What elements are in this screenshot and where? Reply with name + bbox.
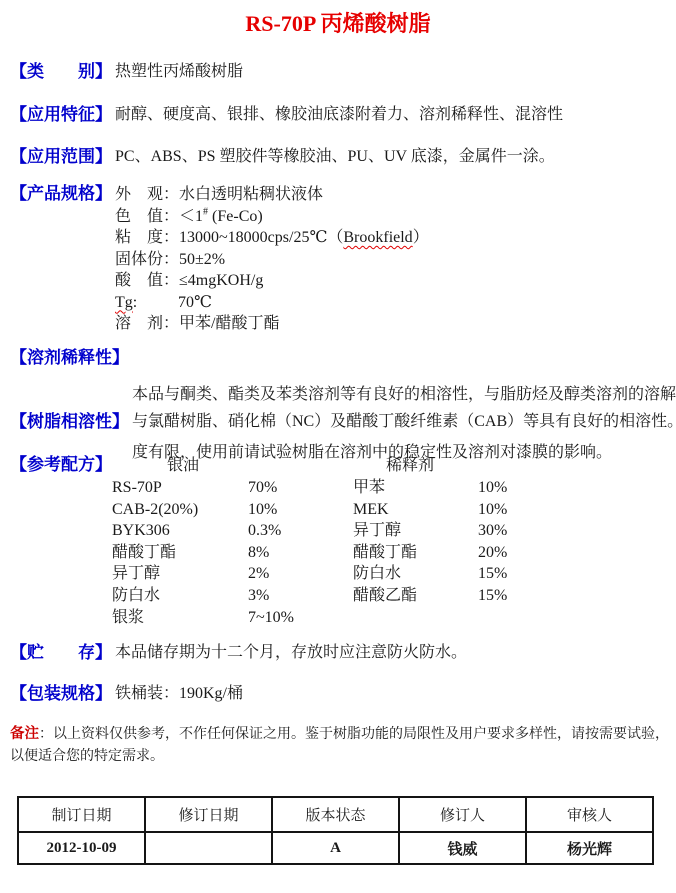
note-line: 以便适合您的特定需求。	[10, 746, 669, 768]
paragraph-line: 本品与酮类、酯类及苯类溶剂等有良好的相溶性，与脂肪烃及醇类溶剂的溶解	[132, 384, 676, 406]
ingredient-pct: 15%	[478, 585, 538, 607]
ingredient-name: MEK	[353, 499, 478, 521]
section-specs: 【产品规格】 外 观： 水白透明粘稠状液体 色 值： ＜1# (Fe-Co) 粘…	[10, 184, 429, 335]
spec-row-solvent: 溶 剂： 甲苯/醋酸丁酯	[115, 313, 429, 335]
revision-table: 制订日期 修订日期 版本状态 修订人 审核人 2012-10-09 A 钱威 杨…	[17, 796, 654, 865]
ingredient-name: 防白水	[353, 563, 478, 585]
ingredient-name: CAB-2(20%)	[112, 499, 248, 521]
ingredient-name: 银浆	[112, 607, 248, 629]
ingredient-pct: 10%	[248, 499, 353, 521]
header-version-status: 版本状态	[272, 797, 399, 832]
section-text: 耐醇、硬度高、银排、橡胶油底漆附着力、溶剂稀释性、混溶性	[112, 105, 563, 125]
formula-row: CAB-2(20%) 10% MEK 10%	[112, 499, 538, 521]
cell-revise-date	[145, 832, 272, 864]
section-label: 【树脂相溶性】	[10, 412, 129, 432]
spec-row-tg: Tg: 70℃	[115, 292, 429, 314]
note-line: 备注：以上资料仅供参考，不作任何保证之用。鉴于树脂功能的局限性及用户要求多样性，…	[10, 723, 669, 746]
formula-row: 异丁醇 2% 防白水 15%	[112, 563, 538, 585]
spec-value: 70℃	[178, 292, 212, 314]
formula-left-header: 银油	[167, 456, 199, 476]
spec-row-acid-value: 酸 值： ≤4mgKOH/g	[115, 270, 429, 292]
formula-row: 醋酸丁酯 8% 醋酸丁酯 20%	[112, 542, 538, 564]
section-text: PC、ABS、PS 塑胶件等橡胶油、PU、UV 底漆，金属件一涂。	[112, 147, 555, 167]
spec-key: 色 值：	[115, 206, 179, 228]
spec-key: 粘 度：	[115, 227, 179, 249]
section-scope: 【应用范围】 PC、ABS、PS 塑胶件等橡胶油、PU、UV 底漆，金属件一涂。	[10, 147, 555, 167]
spec-list: 外 观： 水白透明粘稠状液体 色 值： ＜1# (Fe-Co) 粘 度： 130…	[112, 184, 429, 335]
spec-key: 固体份：	[115, 249, 179, 271]
spec-value: 50±2%	[179, 249, 225, 271]
ingredient-pct: 70%	[248, 477, 353, 499]
section-compatibility: 【树脂相溶性】 与氯醋树脂、硝化棉（NC）及醋酸丁酸纤维素（CAB）等具有良好的…	[10, 412, 676, 432]
ingredient-pct: 3%	[248, 585, 353, 607]
ingredient-pct: 10%	[478, 477, 538, 499]
ingredient-name: 醋酸丁酯	[112, 542, 248, 564]
ingredient-pct: 15%	[478, 563, 538, 585]
section-text: 热塑性丙烯酸树脂	[112, 62, 243, 82]
spellcheck-underline: Brookfield	[343, 229, 412, 246]
section-features: 【应用特征】 耐醇、硬度高、银排、橡胶油底漆附着力、溶剂稀释性、混溶性	[10, 105, 563, 125]
ingredient-name: 甲苯	[353, 477, 478, 499]
spellcheck-underline: Tg	[115, 294, 133, 311]
header-create-date: 制订日期	[18, 797, 145, 832]
section-label: 【应用特征】	[10, 105, 112, 125]
formula-row: BYK306 0.3% 异丁醇 30%	[112, 520, 538, 542]
revision-table-header-row: 制订日期 修订日期 版本状态 修订人 审核人	[18, 797, 653, 832]
formula-table: RS-70P 70% 甲苯 10% CAB-2(20%) 10% MEK 10%…	[112, 477, 538, 628]
ingredient-pct: 0.3%	[248, 520, 353, 542]
spec-row-color-value: 色 值： ＜1# (Fe-Co)	[115, 206, 429, 228]
cell-create-date: 2012-10-09	[18, 832, 145, 864]
section-label: 【应用范围】	[10, 147, 112, 167]
ingredient-pct: 20%	[478, 542, 538, 564]
ingredient-name: BYK306	[112, 520, 248, 542]
datasheet-page: RS-70P 丙烯酸树脂 【类 别】 热塑性丙烯酸树脂 【应用特征】 耐醇、硬度…	[0, 0, 676, 893]
cell-reviser: 钱威	[399, 832, 526, 864]
section-packaging: 【包装规格】 铁桶装：190Kg/桶	[10, 684, 243, 704]
header-reviser: 修订人	[399, 797, 526, 832]
formula-row: 防白水 3% 醋酸乙酯 15%	[112, 585, 538, 607]
section-storage: 【贮 存】 本品储存期为十二个月，存放时应注意防火防水。	[10, 643, 467, 663]
formula-right-header: 稀释剂	[386, 456, 434, 476]
formula-row: RS-70P 70% 甲苯 10%	[112, 477, 538, 499]
ingredient-name: 防白水	[112, 585, 248, 607]
revision-table-data-row: 2012-10-09 A 钱威 杨光辉	[18, 832, 653, 864]
header-revise-date: 修订日期	[145, 797, 272, 832]
section-label: 【贮 存】	[10, 643, 112, 663]
spec-value: 甲苯/醋酸丁酯	[179, 313, 279, 335]
ingredient-pct: 7~10%	[248, 607, 353, 629]
spec-key: 溶 剂：	[115, 313, 179, 335]
formula-row: 银浆 7~10%	[112, 607, 538, 629]
ingredient-pct	[478, 607, 538, 629]
ingredient-name: 醋酸丁酯	[353, 542, 478, 564]
spec-value: ＜1# (Fe-Co)	[179, 206, 263, 228]
cell-version-status: A	[272, 832, 399, 864]
section-label: 【产品规格】	[10, 184, 112, 204]
section-label: 【溶剂稀释性】	[10, 348, 129, 368]
ingredient-name: RS-70P	[112, 477, 248, 499]
spec-value: ≤4mgKOH/g	[179, 270, 263, 292]
section-text: 铁桶装：190Kg/桶	[112, 684, 243, 704]
spec-value: 13000~18000cps/25℃（Brookfield）	[179, 227, 429, 249]
section-category: 【类 别】 热塑性丙烯酸树脂	[10, 62, 243, 82]
ingredient-pct: 10%	[478, 499, 538, 521]
spec-row-viscosity: 粘 度： 13000~18000cps/25℃（Brookfield）	[115, 227, 429, 249]
section-text: 与氯醋树脂、硝化棉（NC）及醋酸丁酸纤维素（CAB）等具有良好的相溶性。	[129, 412, 676, 432]
spec-row-solids: 固体份： 50±2%	[115, 249, 429, 271]
spec-row-appearance: 外 观： 水白透明粘稠状液体	[115, 184, 429, 206]
note-label: 备注	[10, 726, 39, 742]
spec-key: 酸 值：	[115, 270, 179, 292]
section-note: 备注：以上资料仅供参考，不作任何保证之用。鉴于树脂功能的局限性及用户要求多样性，…	[10, 723, 669, 768]
cell-approver: 杨光辉	[526, 832, 653, 864]
ingredient-name	[353, 607, 478, 629]
section-label: 【包装规格】	[10, 684, 112, 704]
section-formula: 【参考配方】	[10, 455, 112, 475]
spec-key: Tg:	[115, 292, 178, 314]
doc-title: RS-70P 丙烯酸树脂	[0, 7, 676, 38]
ingredient-name: 异丁醇	[353, 520, 478, 542]
section-label: 【类 别】	[10, 62, 112, 82]
section-label: 【参考配方】	[10, 455, 112, 475]
spec-value: 水白透明粘稠状液体	[179, 184, 323, 206]
ingredient-pct: 8%	[248, 542, 353, 564]
ingredient-pct: 30%	[478, 520, 538, 542]
header-approver: 审核人	[526, 797, 653, 832]
note-text: 以上资料仅供参考，不作任何保证之用。鉴于树脂功能的局限性及用户要求多样性，请按需…	[53, 727, 669, 742]
ingredient-name: 异丁醇	[112, 563, 248, 585]
ingredient-name: 醋酸乙酯	[353, 585, 478, 607]
ingredient-pct: 2%	[248, 563, 353, 585]
spec-key: 外 观：	[115, 184, 179, 206]
section-text: 本品储存期为十二个月，存放时应注意防火防水。	[112, 643, 467, 663]
